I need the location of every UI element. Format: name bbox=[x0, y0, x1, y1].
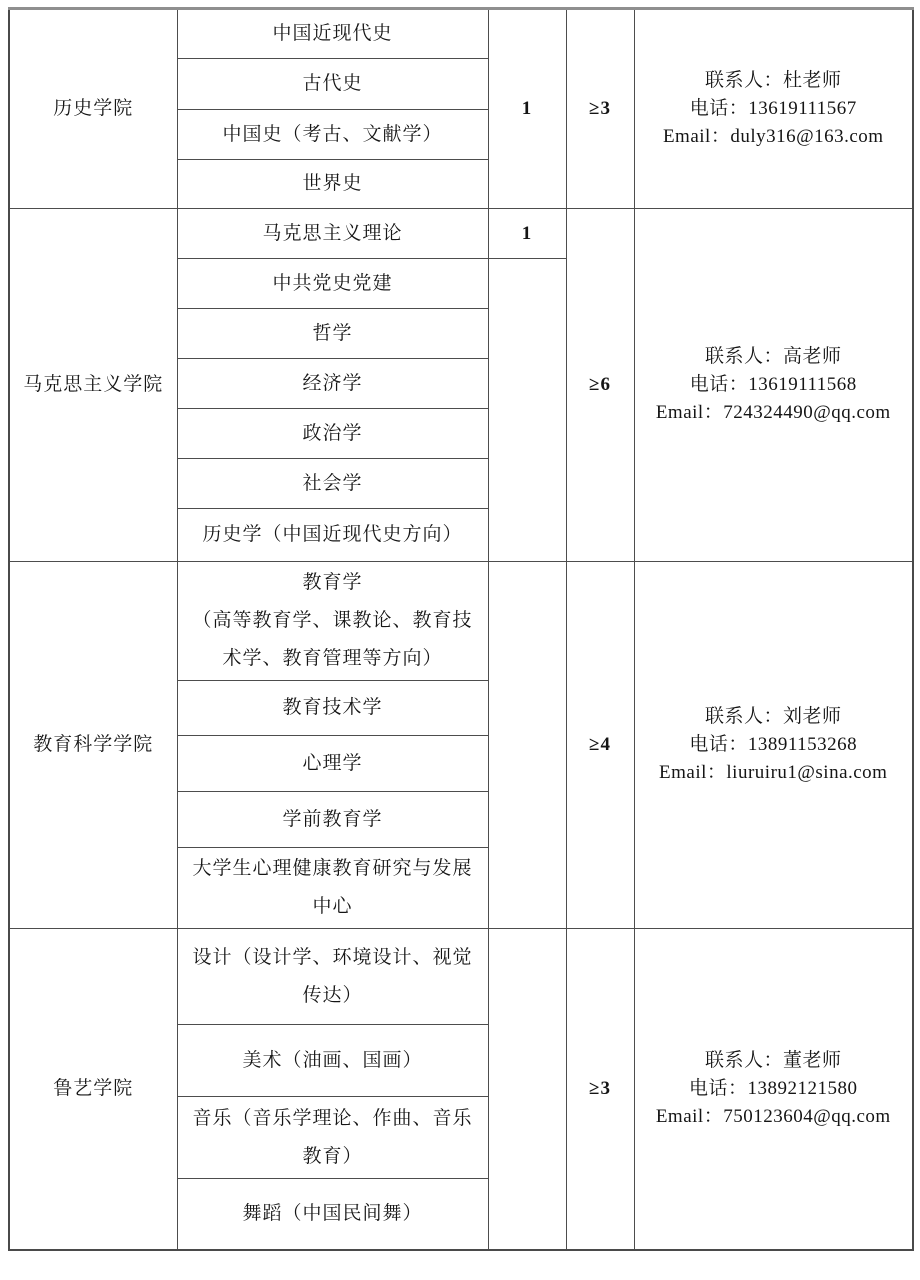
major-cell: 设计（设计学、环境设计、视觉 传达） bbox=[177, 929, 488, 1025]
recruitment-table: 历史学院 中国近现代史 1 ≥3 联系人：杜老师 电话：13619111567 … bbox=[8, 7, 914, 1251]
quota-cell-empty bbox=[488, 929, 566, 1250]
major-cell: 学前教育学 bbox=[177, 792, 488, 848]
min-required-cell: ≥3 bbox=[566, 929, 634, 1250]
document-page: 历史学院 中国近现代史 1 ≥3 联系人：杜老师 电话：13619111567 … bbox=[8, 7, 914, 1251]
quota-cell-empty bbox=[488, 562, 566, 929]
contact-cell: 联系人：杜老师 电话：13619111567 Email：duly316@163… bbox=[634, 9, 913, 209]
contact-person-line: 联系人：刘老师 bbox=[643, 703, 905, 731]
major-cell: 中国史（考古、文献学） bbox=[177, 110, 488, 160]
college-cell: 历史学院 bbox=[9, 9, 177, 209]
major-cell: 社会学 bbox=[177, 459, 488, 509]
major-cell: 音乐（音乐学理论、作曲、音乐 教育） bbox=[177, 1097, 488, 1179]
contact-email-line: Email：duly316@163.com bbox=[643, 123, 905, 151]
contact-person-line: 联系人：杜老师 bbox=[643, 67, 905, 95]
major-cell: 教育学 （高等教育学、课教论、教育技 术学、教育管理等方向） bbox=[177, 562, 488, 681]
major-cell: 经济学 bbox=[177, 359, 488, 409]
major-cell: 教育技术学 bbox=[177, 681, 488, 736]
major-cell: 美术（油画、国画） bbox=[177, 1025, 488, 1097]
major-cell: 古代史 bbox=[177, 59, 488, 110]
major-cell: 世界史 bbox=[177, 160, 488, 209]
contact-email-line: Email：724324490@qq.com bbox=[643, 399, 905, 427]
major-cell: 舞蹈（中国民间舞） bbox=[177, 1179, 488, 1250]
contact-cell: 联系人：高老师 电话：13619111568 Email：724324490@q… bbox=[634, 209, 913, 562]
contact-phone-line: 电话：13892121580 bbox=[643, 1075, 905, 1103]
major-cell: 心理学 bbox=[177, 736, 488, 792]
major-cell: 哲学 bbox=[177, 309, 488, 359]
quota-cell: 1 bbox=[488, 9, 566, 209]
quota-cell: 1 bbox=[488, 209, 566, 259]
contact-phone-line: 电话：13619111567 bbox=[643, 95, 905, 123]
major-cell: 政治学 bbox=[177, 409, 488, 459]
contact-person-line: 联系人：董老师 bbox=[643, 1047, 905, 1075]
min-required-cell: ≥4 bbox=[566, 562, 634, 929]
major-cell: 中国近现代史 bbox=[177, 9, 488, 59]
contact-email-line: Email：750123604@qq.com bbox=[643, 1103, 905, 1131]
major-cell: 大学生心理健康教育研究与发展 中心 bbox=[177, 848, 488, 929]
contact-cell: 联系人：刘老师 电话：13891153268 Email：liuruiru1@s… bbox=[634, 562, 913, 929]
major-cell: 历史学（中国近现代史方向） bbox=[177, 509, 488, 562]
contact-phone-line: 电话：13891153268 bbox=[643, 731, 905, 759]
major-cell: 马克思主义理论 bbox=[177, 209, 488, 259]
college-cell: 鲁艺学院 bbox=[9, 929, 177, 1250]
college-cell: 马克思主义学院 bbox=[9, 209, 177, 562]
min-required-cell: ≥6 bbox=[566, 209, 634, 562]
contact-email-line: Email：liuruiru1@sina.com bbox=[643, 759, 905, 787]
quota-cell-empty bbox=[488, 259, 566, 562]
contact-cell: 联系人：董老师 电话：13892121580 Email：750123604@q… bbox=[634, 929, 913, 1250]
major-cell: 中共党史党建 bbox=[177, 259, 488, 309]
college-cell: 教育科学学院 bbox=[9, 562, 177, 929]
contact-person-line: 联系人：高老师 bbox=[643, 343, 905, 371]
min-required-cell: ≥3 bbox=[566, 9, 634, 209]
contact-phone-line: 电话：13619111568 bbox=[643, 371, 905, 399]
